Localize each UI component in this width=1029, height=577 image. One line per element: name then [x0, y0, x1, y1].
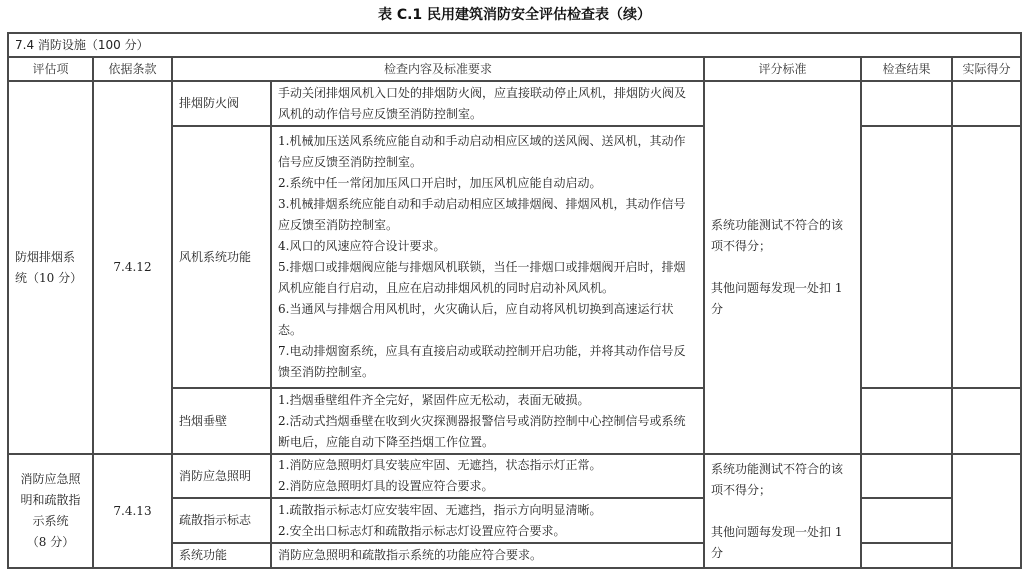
- content-line: 手动关闭排烟风机入口处的排烟防火阀，应直接联动停止风机，排烟防火阀及风机的动作信…: [278, 83, 697, 125]
- header-score: 实际得分: [952, 57, 1021, 81]
- content-line: 2.安全出口标志灯和疏散指示标志灯设置应符合要求。: [278, 521, 697, 542]
- content-cell: 1.消防应急照明灯具安装应牢固、无遮挡，状态指示灯正常。 2.消防应急照明灯具的…: [271, 454, 704, 498]
- header-result: 检查结果: [861, 57, 952, 81]
- header-item: 评估项: [8, 57, 93, 81]
- content-line: 1.疏散指示标志灯应安装牢固、无遮挡，指示方向明显清晰。: [278, 500, 697, 521]
- content-line: 消防应急照明和疏散指示系统的功能应符合要求。: [278, 545, 697, 566]
- scoring-cell: 系统功能测试不符合的该项不得分； 其他问题每发现一处扣 1 分: [704, 81, 861, 454]
- result-input[interactable]: [861, 126, 952, 388]
- content-line: 2.活动式挡烟垂壁在收到火灾探测器报警信号或消防控制中心控制信号或系统断电后，应…: [278, 411, 697, 453]
- result-input[interactable]: [861, 81, 952, 126]
- content-line: 5.排烟口或排烟阀应能与排烟风机联锁，当任一排烟口或排烟阀开启时，排烟风机应能自…: [278, 257, 697, 299]
- result-input[interactable]: [861, 454, 952, 498]
- result-input[interactable]: [861, 498, 952, 543]
- content-line: 6.当通风与排烟合用风机时，火灾确认后，应自动将风机切换到高速运行状态。: [278, 299, 697, 341]
- section-title: 7.4 消防设施（100 分）: [8, 33, 1021, 57]
- header-row: 评估项 依据条款 检查内容及标准要求 评分标准 检查结果 实际得分: [8, 57, 1021, 81]
- clause-cell: 7.4.12: [93, 81, 172, 454]
- content-cell: 手动关闭排烟风机入口处的排烟防火阀，应直接联动停止风机，排烟防火阀及风机的动作信…: [271, 81, 704, 126]
- scoring-line: 其他问题每发现一处扣 1 分: [711, 522, 854, 564]
- score-input[interactable]: [952, 454, 1021, 568]
- result-input[interactable]: [861, 388, 952, 454]
- table-title: 表 C.1 民用建筑消防安全评估检查表（续）: [0, 4, 1029, 24]
- score-input[interactable]: [952, 126, 1021, 388]
- content-cell: 1.疏散指示标志灯应安装牢固、无遮挡，指示方向明显清晰。 2.安全出口标志灯和疏…: [271, 498, 704, 543]
- content-line: 1.消防应急照明灯具安装应牢固、无遮挡，状态指示灯正常。: [278, 455, 697, 476]
- scoring-line: 系统功能测试不符合的该项不得分；: [711, 215, 854, 257]
- header-clause: 依据条款: [93, 57, 172, 81]
- score-input[interactable]: [952, 388, 1021, 454]
- content-line: 2.系统中任一常闭加压风口开启时，加压风机应能自动启动。: [278, 173, 697, 194]
- subitem-name: 风机系统功能: [172, 126, 271, 388]
- table-row: 防烟排烟系统（10 分） 7.4.12 排烟防火阀 手动关闭排烟风机入口处的排烟…: [8, 81, 1021, 126]
- scoring-cell: 系统功能测试不符合的该项不得分； 其他问题每发现一处扣 1 分: [704, 454, 861, 568]
- item-cell: 消防应急照 明和疏散指 示系统 （8 分）: [8, 454, 93, 568]
- content-line: 1.机械加压送风系统应能自动和手动启动相应区域的送风阀、送风机，其动作信号应反馈…: [278, 131, 697, 173]
- section-row: 7.4 消防设施（100 分）: [8, 33, 1021, 57]
- content-line: 3.机械排烟系统应能自动和手动启动相应区域排烟阀、排烟风机，其动作信号应反馈至消…: [278, 194, 697, 236]
- score-input[interactable]: [952, 81, 1021, 126]
- clause-cell: 7.4.13: [93, 454, 172, 568]
- content-cell: 1.机械加压送风系统应能自动和手动启动相应区域的送风阀、送风机，其动作信号应反馈…: [271, 126, 704, 388]
- subitem-name: 排烟防火阀: [172, 81, 271, 126]
- subitem-name: 疏散指示标志: [172, 498, 271, 543]
- subitem-name: 挡烟垂壁: [172, 388, 271, 454]
- scoring-line: 系统功能测试不符合的该项不得分；: [711, 459, 854, 501]
- content-line: 1.挡烟垂壁组件齐全完好，紧固件应无松动，表面无破损。: [278, 390, 697, 411]
- content-line: 2.消防应急照明灯具的设置应符合要求。: [278, 476, 697, 497]
- content-cell: 消防应急照明和疏散指示系统的功能应符合要求。: [271, 543, 704, 568]
- evaluation-checklist-table: 7.4 消防设施（100 分） 评估项 依据条款 检查内容及标准要求 评分标准 …: [7, 32, 1022, 569]
- subitem-name: 消防应急照明: [172, 454, 271, 498]
- content-line: 7.电动排烟窗系统，应具有直接启动或联动控制开启功能，并将其动作信号反馈至消防控…: [278, 341, 697, 383]
- result-input[interactable]: [861, 543, 952, 568]
- content-line: 4.风口的风速应符合设计要求。: [278, 236, 697, 257]
- item-cell: 防烟排烟系统（10 分）: [8, 81, 93, 454]
- header-content: 检查内容及标准要求: [172, 57, 704, 81]
- table-row: 消防应急照 明和疏散指 示系统 （8 分） 7.4.13 消防应急照明 1.消防…: [8, 454, 1021, 498]
- scoring-line: 其他问题每发现一处扣 1 分: [711, 278, 854, 320]
- subitem-name: 系统功能: [172, 543, 271, 568]
- header-scoring: 评分标准: [704, 57, 861, 81]
- content-cell: 1.挡烟垂壁组件齐全完好，紧固件应无松动，表面无破损。 2.活动式挡烟垂壁在收到…: [271, 388, 704, 454]
